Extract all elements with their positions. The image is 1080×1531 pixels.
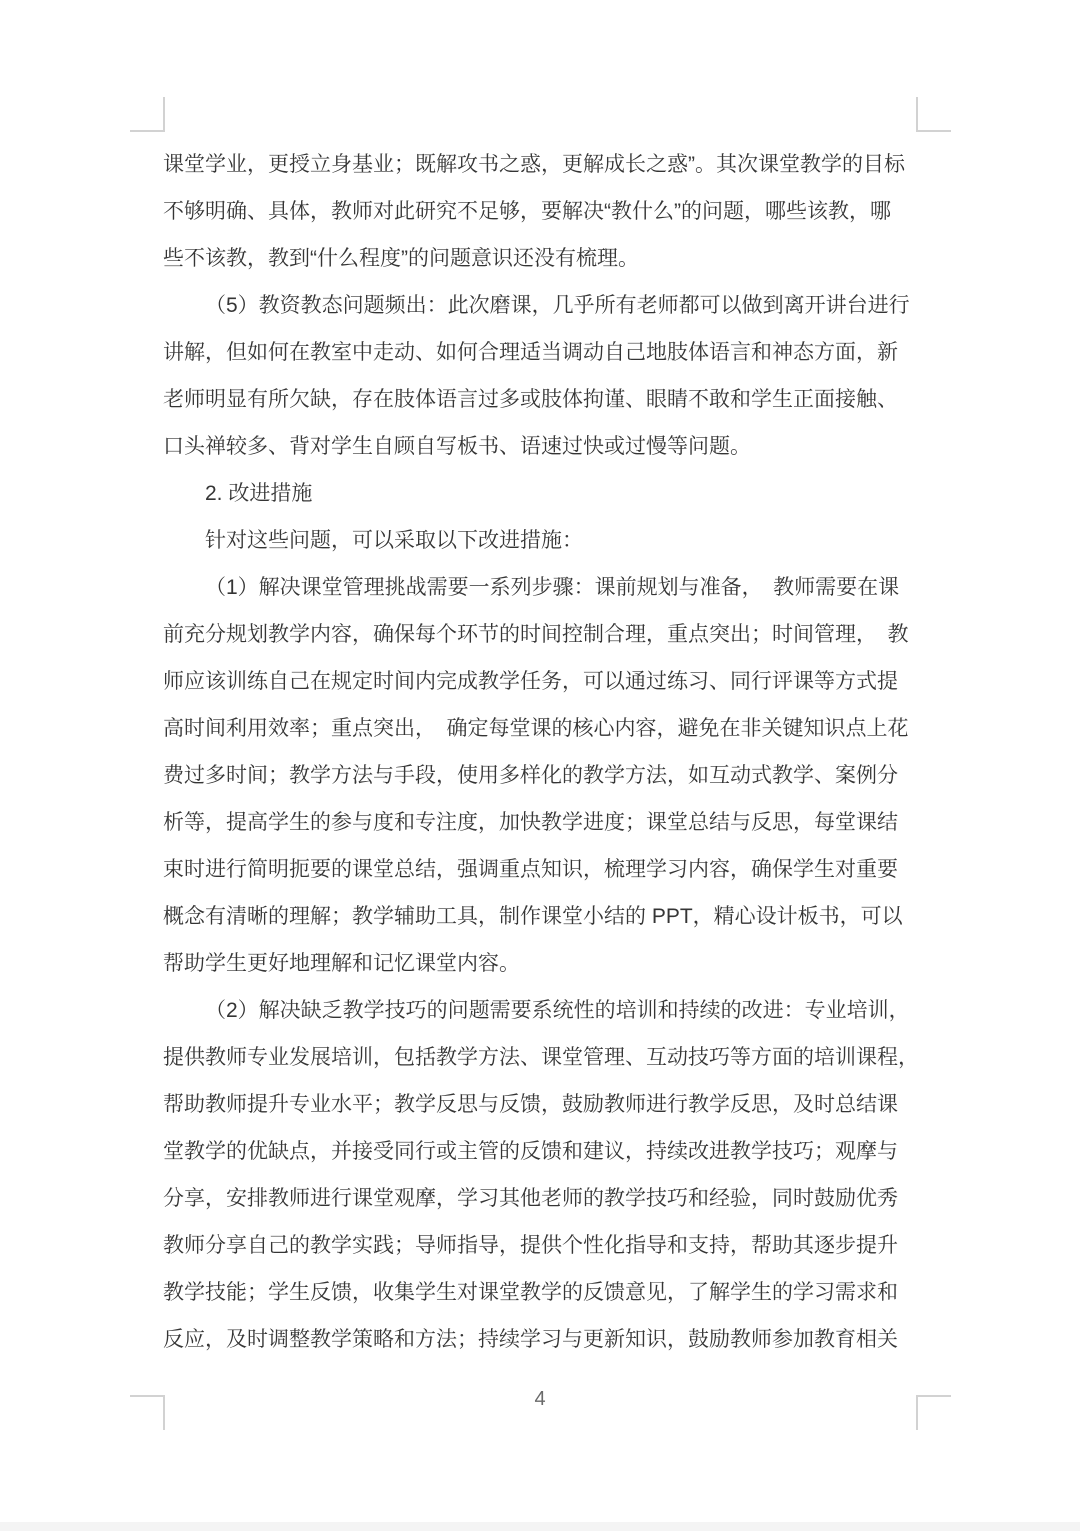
text-line: 课堂学业，更授立身基业；既解攻书之惑，更解成长之惑”。其次课堂教学的目标 bbox=[163, 141, 919, 188]
text-line: 针对这些问题，可以采取以下改进措施： bbox=[163, 517, 919, 564]
text-line: 老师明显有所欠缺，存在肢体语言过多或肢体拘谨、眼睛不敢和学生正面接触、 bbox=[163, 376, 919, 423]
text-line: 分享，安排教师进行课堂观摩，学习其他老师的教学技巧和经验，同时鼓励优秀 bbox=[163, 1175, 919, 1222]
text-line: 帮助学生更好地理解和记忆课堂内容。 bbox=[163, 940, 919, 987]
text-line: 堂教学的优缺点，并接受同行或主管的反馈和建议，持续改进教学技巧；观摩与 bbox=[163, 1128, 919, 1175]
page-number: 4 bbox=[534, 1385, 545, 1413]
text-line: 前充分规划教学内容，确保每个环节的时间控制合理，重点突出；时间管理， 教 bbox=[163, 611, 919, 658]
text-boundary-mark-top-right bbox=[916, 97, 951, 132]
text-line: 概念有清晰的理解；教学辅助工具，制作课堂小结的 PPT，精心设计板书，可以 bbox=[163, 893, 919, 940]
page-bottom-edge bbox=[0, 1522, 1080, 1531]
text-line: 束时进行简明扼要的课堂总结，强调重点知识，梳理学习内容，确保学生对重要 bbox=[163, 846, 919, 893]
text-line: 讲解，但如何在教室中走动、如何合理适当调动自己地肢体语言和神态方面，新 bbox=[163, 329, 919, 376]
text-line: 师应该训练自己在规定时间内完成教学任务，可以通过练习、同行评课等方式提 bbox=[163, 658, 919, 705]
document-text: 课堂学业，更授立身基业；既解攻书之惑，更解成长之惑”。其次课堂教学的目标不够明确… bbox=[163, 141, 919, 1363]
text-line: 反应，及时调整教学策略和方法；持续学习与更新知识，鼓励教师参加教育相关 bbox=[163, 1316, 919, 1363]
text-line: 费过多时间；教学方法与手段，使用多样化的教学方法，如互动式教学、案例分 bbox=[163, 752, 919, 799]
text-line: 不够明确、具体，教师对此研究不足够，要解决“教什么”的问题，哪些该教，哪 bbox=[163, 188, 919, 235]
text-line: 提供教师专业发展培训，包括教学方法、课堂管理、互动技巧等方面的培训课程， bbox=[163, 1034, 919, 1081]
text-line: 口头禅较多、背对学生自顾自写板书、语速过快或过慢等问题。 bbox=[163, 423, 919, 470]
text-line: 析等，提高学生的参与度和专注度，加快教学进度；课堂总结与反思，每堂课结 bbox=[163, 799, 919, 846]
text-boundary-mark-top-left bbox=[130, 97, 165, 132]
text-line: （1）解决课堂管理挑战需要一系列步骤：课前规划与准备， 教师需要在课 bbox=[163, 564, 919, 611]
text-boundary-mark-bottom-right bbox=[916, 1395, 951, 1430]
text-line: 些不该教，教到“什么程度”的问题意识还没有梳理。 bbox=[163, 235, 919, 282]
text-line: 帮助教师提升专业水平；教学反思与反馈，鼓励教师进行教学反思，及时总结课 bbox=[163, 1081, 919, 1128]
text-line: 高时间利用效率；重点突出， 确定每堂课的核心内容，避免在非关键知识点上花 bbox=[163, 705, 919, 752]
text-line: 教师分享自己的教学实践；导师指导，提供个性化指导和支持，帮助其逐步提升 bbox=[163, 1222, 919, 1269]
text-line: 教学技能；学生反馈，收集学生对课堂教学的反馈意见，了解学生的学习需求和 bbox=[163, 1269, 919, 1316]
document-page: 课堂学业，更授立身基业；既解攻书之惑，更解成长之惑”。其次课堂教学的目标不够明确… bbox=[0, 0, 1080, 1531]
page-footer: 4 bbox=[163, 1385, 917, 1413]
text-line: （2）解决缺乏教学技巧的问题需要系统性的培训和持续的改进：专业培训， bbox=[163, 987, 919, 1034]
text-boundary-mark-bottom-left bbox=[130, 1395, 165, 1430]
text-line: （5）教资教态问题频出：此次磨课，几乎所有老师都可以做到离开讲台进行 bbox=[163, 282, 919, 329]
text-line: 2. 改进措施 bbox=[163, 470, 919, 517]
